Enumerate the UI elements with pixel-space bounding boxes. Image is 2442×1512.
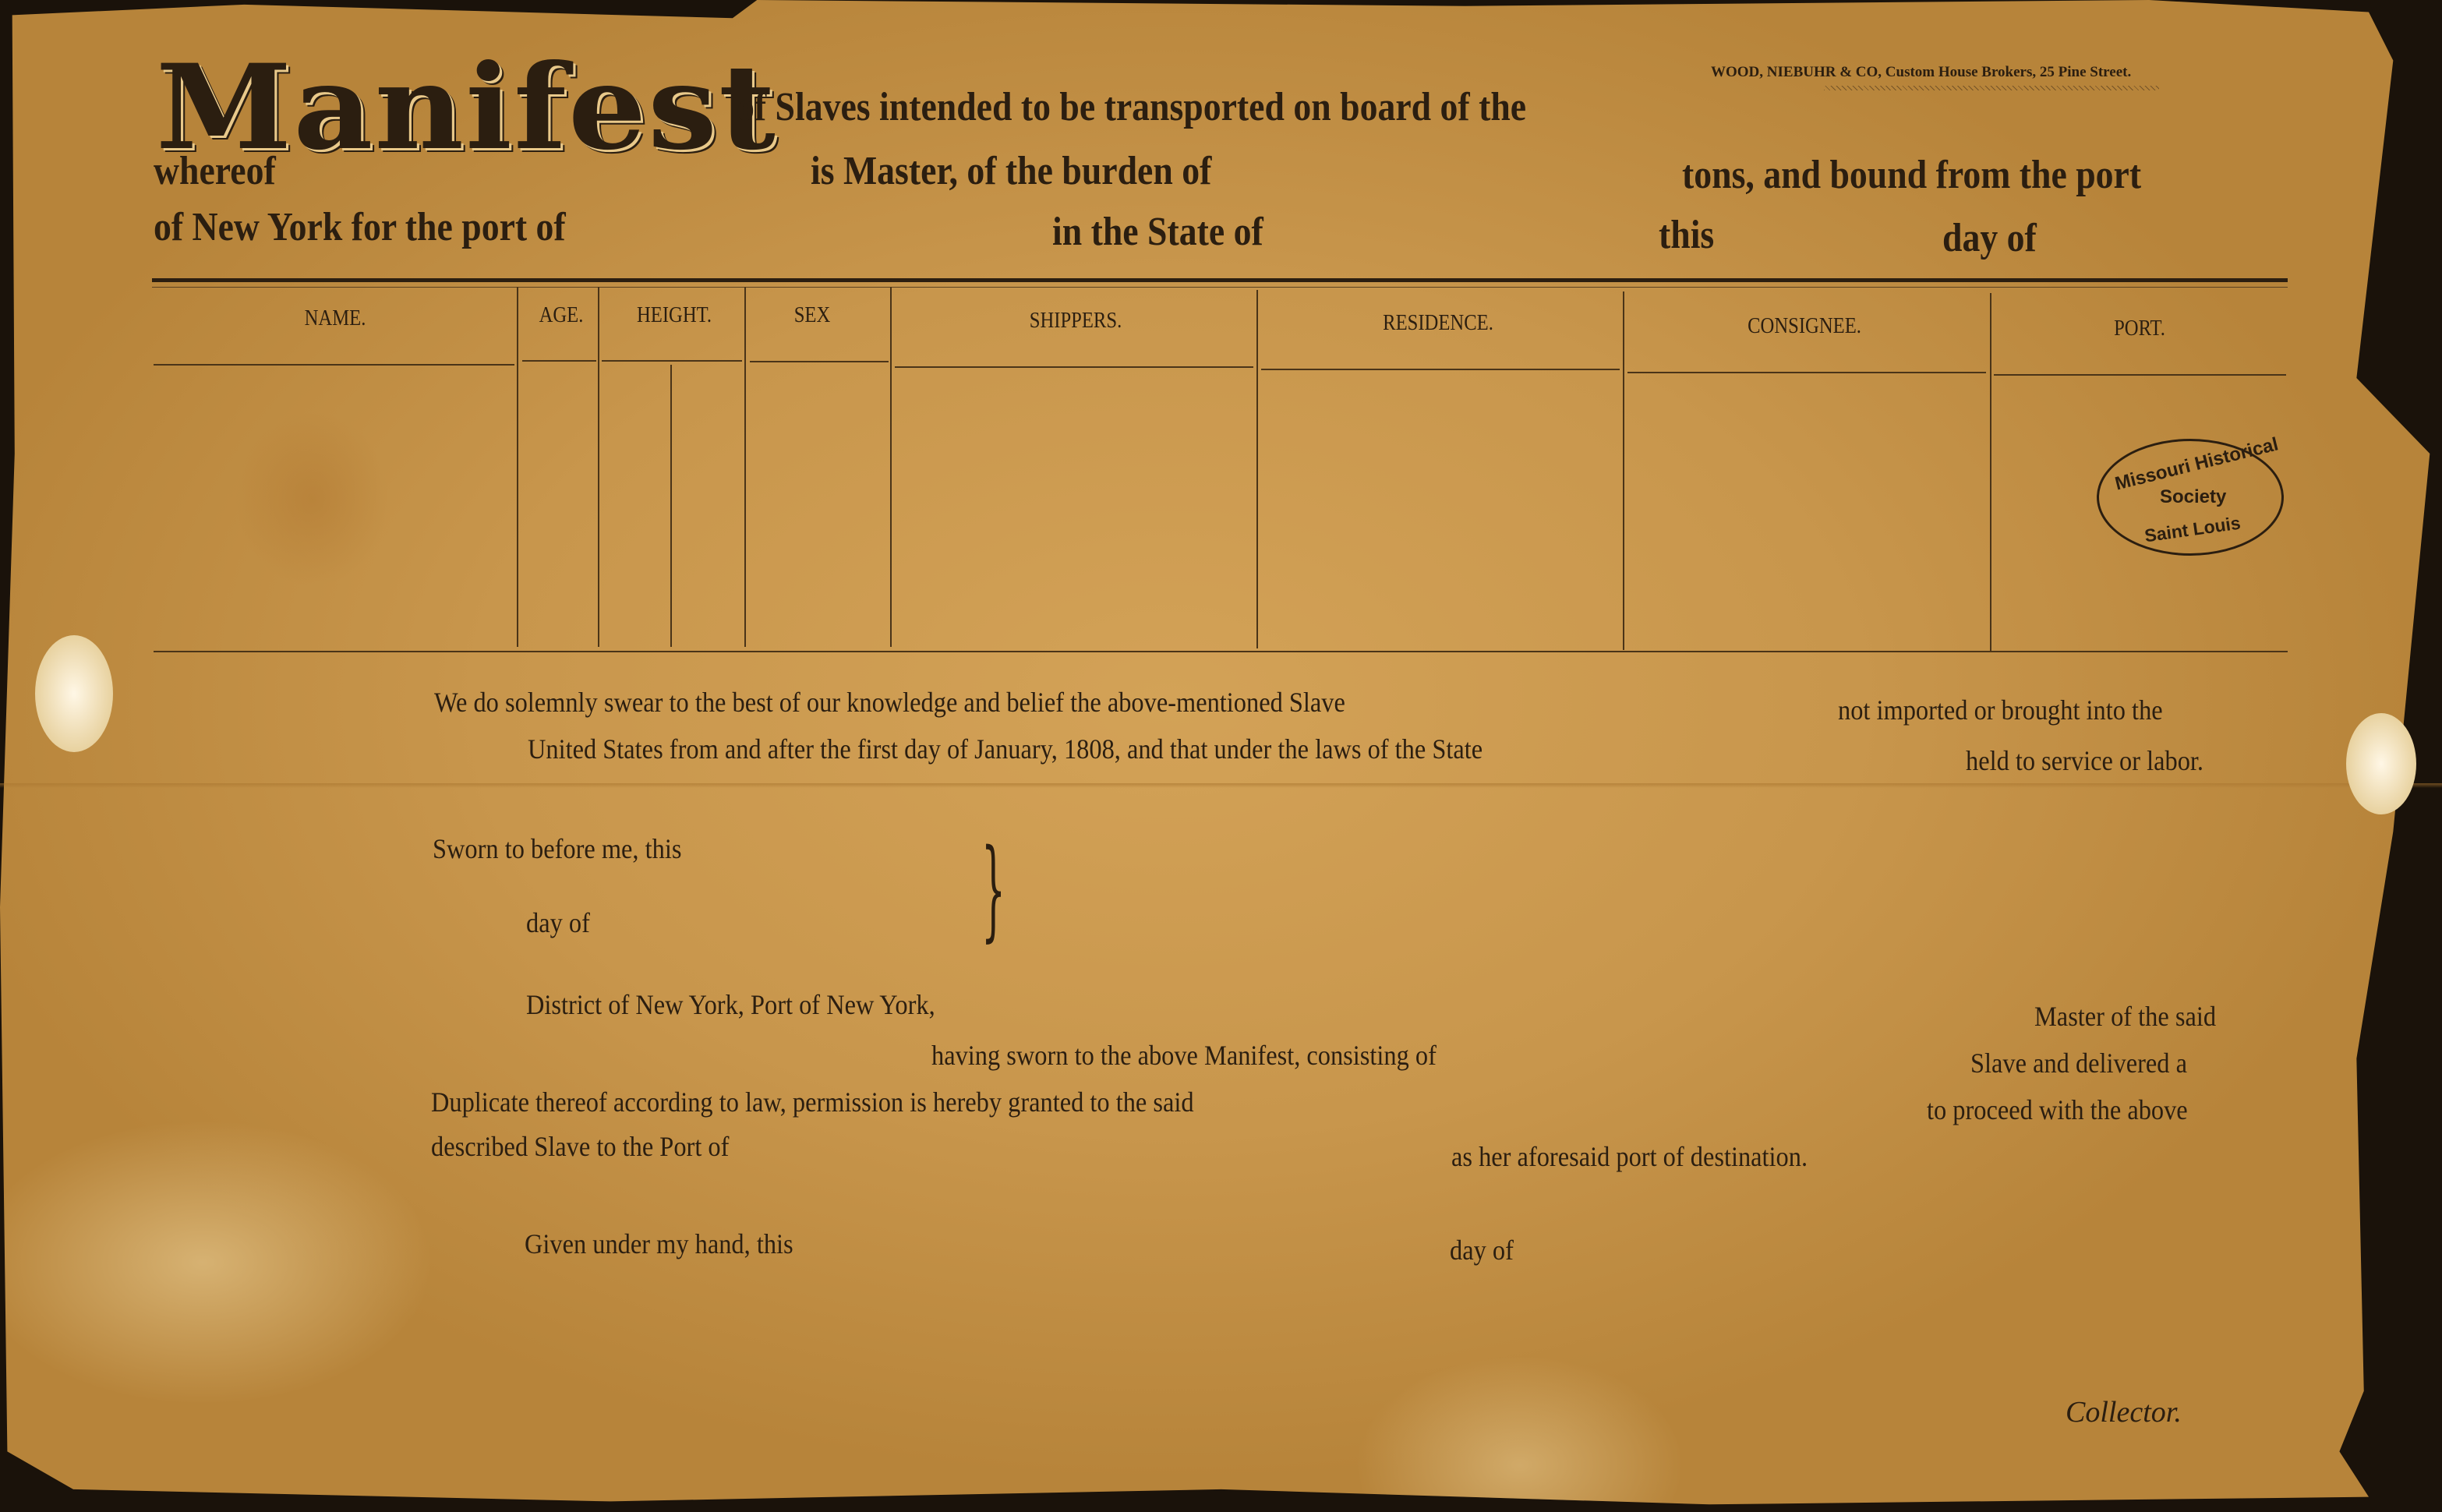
column-divider bbox=[744, 287, 746, 647]
curly-brace: } bbox=[981, 826, 1005, 953]
having-sworn-line: having sworn to the above Manifest, cons… bbox=[931, 1039, 1437, 1072]
column-header-name: NAME. bbox=[269, 306, 401, 331]
master-of-said: Master of the said bbox=[2034, 1000, 2216, 1033]
header-port-of: of New York for the port of bbox=[154, 204, 566, 250]
column-divider bbox=[890, 287, 892, 647]
table-bottom-rule bbox=[154, 651, 2288, 652]
column-divider bbox=[1623, 291, 1624, 650]
column-divider bbox=[1256, 290, 1258, 648]
header-whereof: whereof bbox=[154, 148, 276, 194]
header-underline bbox=[895, 366, 1253, 368]
column-divider bbox=[670, 365, 672, 647]
district-line: District of New York, Port of New York, bbox=[526, 988, 935, 1021]
oath-line-1: We do solemnly swear to the best of our … bbox=[434, 686, 1345, 719]
oath-line-2: United States from and after the first d… bbox=[528, 733, 1483, 765]
header-underline bbox=[750, 361, 889, 362]
sworn-day-of: day of bbox=[526, 906, 590, 939]
column-header-sex: SEX bbox=[759, 302, 865, 328]
column-header-age: AGE. bbox=[528, 302, 595, 328]
header-underline bbox=[154, 364, 514, 366]
to-proceed: to proceed with the above bbox=[1927, 1093, 2188, 1126]
column-header-height: HEIGHT. bbox=[615, 302, 734, 328]
column-divider bbox=[517, 287, 518, 647]
column-header-port: PORT. bbox=[2014, 316, 2266, 341]
column-header-residence: RESIDENCE. bbox=[1286, 310, 1591, 336]
header-line-1: of Slaves intended to be transported on … bbox=[737, 84, 1526, 130]
stamp-line-3: Saint Louis bbox=[2143, 513, 2242, 547]
header-underline bbox=[1261, 369, 1620, 370]
column-divider bbox=[1990, 293, 1991, 652]
header-master: is Master, of the burden of bbox=[811, 148, 1211, 194]
broker-imprint: WOOD, NIEBUHR & CO, Custom House Brokers… bbox=[1711, 64, 2131, 81]
header-thick-rule bbox=[152, 278, 2288, 282]
header-underline bbox=[602, 360, 742, 362]
column-header-shippers: SHIPPERS. bbox=[924, 308, 1228, 334]
broker-wavy-rule bbox=[1824, 86, 2159, 90]
given-under-hand: Given under my hand, this bbox=[525, 1228, 793, 1260]
paper-hole-right bbox=[2346, 713, 2416, 814]
duplicate-line: Duplicate thereof according to law, perm… bbox=[431, 1086, 1194, 1118]
header-state-of: in the State of bbox=[1052, 209, 1263, 255]
oath-line-2-end: held to service or labor. bbox=[1966, 744, 2203, 777]
column-divider bbox=[598, 287, 599, 647]
given-day-of: day of bbox=[1450, 1234, 1514, 1266]
header-thin-rule bbox=[152, 287, 2288, 288]
header-this: this bbox=[1659, 212, 1714, 258]
aforesaid-destination: as her aforesaid port of destination. bbox=[1451, 1140, 1808, 1173]
header-underline bbox=[1994, 374, 2286, 376]
missouri-historical-society-stamp: Missouri Historical Society Saint Louis bbox=[2097, 439, 2284, 556]
header-underline bbox=[522, 360, 596, 362]
header-underline bbox=[1627, 372, 1986, 373]
collector-signature-label: Collector. bbox=[2066, 1395, 2182, 1429]
oath-line-1-end: not imported or brought into the bbox=[1838, 694, 2163, 726]
sworn-before-me: Sworn to before me, this bbox=[433, 832, 681, 865]
described-slave: described Slave to the Port of bbox=[431, 1130, 729, 1163]
paper-hole-left bbox=[35, 635, 113, 752]
slave-delivered: Slave and delivered a bbox=[1970, 1047, 2187, 1079]
header-tons: tons, and bound from the port bbox=[1682, 152, 2141, 198]
header-day-of: day of bbox=[1942, 215, 2037, 261]
column-header-consignee: CONSIGNEE. bbox=[1652, 313, 1957, 339]
stamp-line-2: Society bbox=[2160, 486, 2226, 508]
fold-crease bbox=[0, 783, 2442, 788]
